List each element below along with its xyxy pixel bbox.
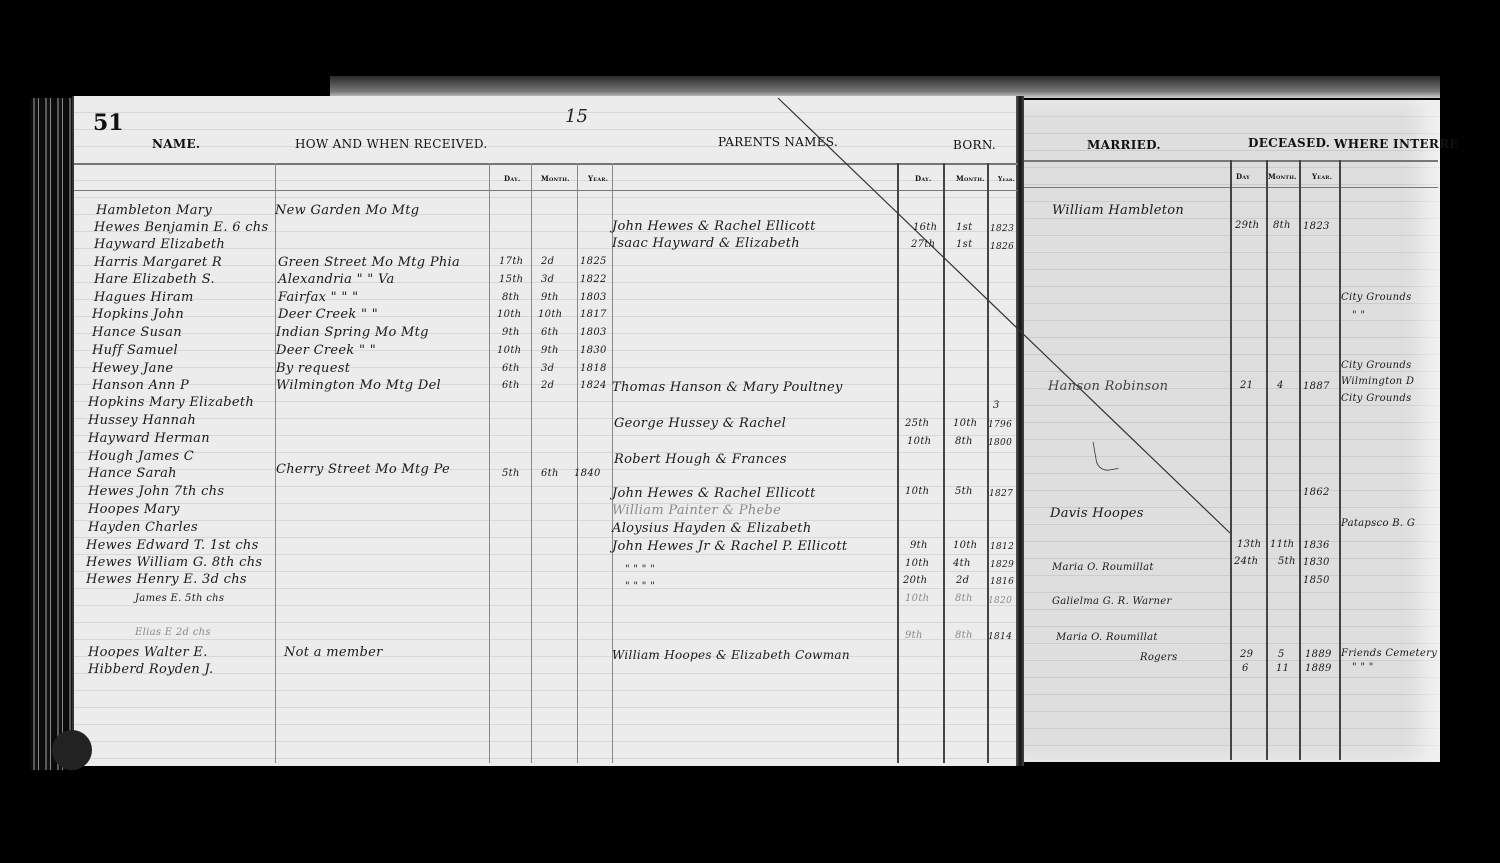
entry-interred: " " xyxy=(1352,310,1365,321)
received-day: 17th xyxy=(499,256,523,267)
col-divider-bday xyxy=(943,163,945,763)
entry-name: Hance Sarah xyxy=(88,466,177,481)
born-year: 1820 xyxy=(988,596,1012,606)
received-day: 5th xyxy=(502,468,520,479)
deceased-year: 1862 xyxy=(1303,487,1330,498)
deceased-month: 8th xyxy=(1273,220,1291,231)
entry-name: Hanson Ann P xyxy=(92,378,189,393)
header-parents-names: PARENTS NAMES. xyxy=(718,135,838,149)
entry-received: Green Street Mo Mtg Phia xyxy=(278,255,460,270)
received-year: 1803 xyxy=(580,327,607,338)
received-year: 1824 xyxy=(580,380,607,391)
entry-name: Hough James C xyxy=(88,449,194,464)
entry-received: Not a member xyxy=(284,645,383,660)
entry-received: Indian Spring Mo Mtg xyxy=(276,325,429,340)
deceased-year: 1889 xyxy=(1305,649,1332,660)
page-corner-shadow xyxy=(52,730,92,770)
page-edges xyxy=(30,98,75,770)
received-day: 10th xyxy=(497,309,521,320)
born-day: 9th xyxy=(905,630,923,641)
received-month-header: Month. xyxy=(541,174,570,183)
entry-parents: William Hoopes & Elizabeth Cowman xyxy=(612,648,850,662)
born-year: 1826 xyxy=(990,242,1014,252)
deceased-day: 24th xyxy=(1234,556,1258,567)
entry-married: Davis Hoopes xyxy=(1050,506,1144,521)
deceased-month-header: Month. xyxy=(1268,172,1297,181)
entry-received: By request xyxy=(276,361,350,376)
born-month: 8th xyxy=(955,436,973,447)
header-born: BORN. xyxy=(953,138,996,152)
entry-received: Fairfax " " " xyxy=(278,290,358,305)
entry-interred: " " " xyxy=(1352,662,1374,673)
received-year: 1817 xyxy=(580,309,607,320)
born-month: 10th xyxy=(953,418,977,429)
deceased-day: 13th xyxy=(1237,539,1261,550)
entry-parents: Thomas Hanson & Mary Poultney xyxy=(612,380,843,395)
header-deceased: DECEASED. xyxy=(1248,136,1330,150)
born-day: 10th xyxy=(905,486,929,497)
book-top-shadow xyxy=(330,76,1440,98)
born-year: 1800 xyxy=(988,438,1012,448)
born-year: 3 xyxy=(993,400,1000,411)
entry-interred: City Grounds xyxy=(1341,292,1412,303)
born-year: 1823 xyxy=(990,224,1014,234)
entry-parents: " " " " xyxy=(625,564,655,575)
entry-received: Wilmington Mo Mtg Del xyxy=(276,378,441,393)
born-day: 9th xyxy=(910,540,928,551)
entry-name: Hussey Hannah xyxy=(88,413,196,428)
received-day: 15th xyxy=(499,274,523,285)
book-gutter xyxy=(1016,96,1024,766)
received-year: 1830 xyxy=(580,345,607,356)
born-day: 20th xyxy=(903,575,927,586)
deceased-year: 1830 xyxy=(1303,557,1330,568)
born-month: 1st xyxy=(956,222,972,233)
entry-received: New Garden Mo Mtg xyxy=(275,203,419,218)
col-divider-rmonth xyxy=(577,163,578,763)
deceased-month: 11th xyxy=(1270,539,1294,550)
born-month: 8th xyxy=(955,593,973,604)
born-day: 25th xyxy=(905,418,929,429)
deceased-month: 5 xyxy=(1278,649,1285,660)
entry-parents: Aloysius Hayden & Elizabeth xyxy=(612,521,812,536)
header-how-when-received: HOW AND WHEN RECEIVED. xyxy=(295,137,487,151)
col-divider-bmonth xyxy=(987,163,989,763)
entry-interred: City Grounds xyxy=(1341,393,1412,404)
entry-name: Harris Margaret R xyxy=(94,255,222,270)
col-divider-dmonth xyxy=(1299,160,1301,760)
entry-married: Rogers xyxy=(1140,652,1178,663)
entry-received: Deer Creek " " xyxy=(278,307,378,322)
deceased-month: 4 xyxy=(1277,380,1284,391)
entry-married: Maria O. Roumillat xyxy=(1056,632,1158,643)
entry-name: Huff Samuel xyxy=(92,343,178,358)
received-month: 6th xyxy=(541,468,559,479)
born-month-header: Month. xyxy=(956,174,985,183)
col-divider-parents xyxy=(897,163,899,763)
entry-married: William Hambleton xyxy=(1052,203,1184,218)
col-divider-rday xyxy=(531,163,532,763)
entry-name: Hayward Herman xyxy=(88,431,210,446)
born-year: 1827 xyxy=(989,489,1013,499)
entry-parents: " " " " xyxy=(625,581,655,592)
received-day-header: Day. xyxy=(504,174,521,183)
received-year: 1825 xyxy=(580,256,607,267)
deceased-month: 5th xyxy=(1278,556,1296,567)
received-month: 9th xyxy=(541,345,559,356)
entry-received: Alexandria " " Va xyxy=(278,272,395,287)
deceased-day: 21 xyxy=(1240,380,1253,391)
entry-name: Hoopes Walter E. xyxy=(88,645,208,660)
entry-name: Hance Susan xyxy=(92,325,182,340)
entry-married: Galielma G. R. Warner xyxy=(1052,596,1172,607)
entry-name: Hopkins John xyxy=(92,307,184,322)
col-divider-married xyxy=(1230,160,1232,760)
born-day: 10th xyxy=(905,558,929,569)
entry-parents: John Hewes Jr & Rachel P. Ellicott xyxy=(612,539,847,554)
entry-parents: John Hewes & Rachel Ellicott xyxy=(612,219,816,234)
deceased-day: 29 xyxy=(1240,649,1253,660)
received-year: 1840 xyxy=(574,468,601,479)
left-page xyxy=(72,96,1022,766)
col-divider-ryear xyxy=(612,163,613,763)
entry-name: Hoopes Mary xyxy=(88,502,180,517)
received-year: 1822 xyxy=(580,274,607,285)
deceased-year: 1887 xyxy=(1303,381,1330,392)
received-day: 6th xyxy=(502,380,520,391)
deceased-day: 6 xyxy=(1242,663,1249,674)
born-day: 27th xyxy=(911,239,935,250)
deceased-month: 11 xyxy=(1276,663,1289,674)
born-day: 10th xyxy=(905,593,929,604)
page-number: 51 xyxy=(93,110,124,136)
entry-interred: Patapsco B. G xyxy=(1341,518,1415,529)
entry-parents: John Hewes & Rachel Ellicott xyxy=(612,486,816,501)
born-month: 1st xyxy=(956,239,972,250)
col-divider-received xyxy=(489,163,490,763)
born-year: 1816 xyxy=(990,577,1014,587)
born-month: 8th xyxy=(955,630,973,641)
entry-name: Hewes Henry E. 3d chs xyxy=(86,572,247,587)
received-month: 10th xyxy=(538,309,562,320)
deceased-day: 29th xyxy=(1235,220,1259,231)
received-year: 1818 xyxy=(580,363,607,374)
born-year: 1814 xyxy=(988,632,1012,642)
deceased-year: 1889 xyxy=(1305,663,1332,674)
received-month: 3d xyxy=(541,363,554,374)
born-month: 10th xyxy=(953,540,977,551)
born-year-header: Year. xyxy=(998,176,1015,183)
entry-name: Hewes Benjamin E. 6 chs xyxy=(94,220,268,235)
born-day-header: Day. xyxy=(915,174,932,183)
born-month: 5th xyxy=(955,486,973,497)
header-where-interred: WHERE INTERRE xyxy=(1334,137,1459,151)
entry-interred: City Grounds xyxy=(1341,360,1412,371)
received-day: 6th xyxy=(502,363,520,374)
deceased-year: 1823 xyxy=(1303,221,1330,232)
born-month: 4th xyxy=(953,558,971,569)
col-divider-dday xyxy=(1266,160,1268,760)
entry-received: Cherry Street Mo Mtg Pe xyxy=(276,462,450,477)
born-year: 1829 xyxy=(990,560,1014,570)
received-day: 10th xyxy=(497,345,521,356)
born-year: 1812 xyxy=(990,542,1014,552)
born-day: 10th xyxy=(907,436,931,447)
entry-interred: Friends Cemetery xyxy=(1341,648,1437,659)
header-married: MARRIED. xyxy=(1087,138,1161,152)
received-month: 2d xyxy=(541,380,554,391)
received-day: 8th xyxy=(502,292,520,303)
entry-name: Hewey Jane xyxy=(92,361,173,376)
pencil-page-number: 15 xyxy=(565,106,588,127)
entry-parents: Robert Hough & Frances xyxy=(614,452,787,467)
entry-name: Hambleton Mary xyxy=(96,203,212,218)
entry-parents: George Hussey & Rachel xyxy=(614,416,786,431)
born-month: 2d xyxy=(956,575,969,586)
entry-name: Hayward Elizabeth xyxy=(94,237,225,252)
entry-married: Hanson Robinson xyxy=(1048,379,1168,394)
received-year: 1803 xyxy=(580,292,607,303)
received-month: 3d xyxy=(541,274,554,285)
deceased-year: 1850 xyxy=(1303,575,1330,586)
entry-name: Hare Elizabeth S. xyxy=(94,272,215,287)
received-month: 9th xyxy=(541,292,559,303)
entry-received: Deer Creek " " xyxy=(276,343,376,358)
entry-name: Hewes Edward T. 1st chs xyxy=(86,538,259,553)
entry-name: Hayden Charles xyxy=(88,520,198,535)
deceased-year-header: Year. xyxy=(1312,172,1332,181)
entry-parents: Isaac Hayward & Elizabeth xyxy=(612,236,800,251)
entry-name: Hopkins Mary Elizabeth xyxy=(88,395,254,410)
entry-name: Hibberd Royden J. xyxy=(88,662,213,677)
born-year: 1796 xyxy=(988,420,1012,430)
col-divider-dyear xyxy=(1339,160,1341,760)
entry-name: Hagues Hiram xyxy=(94,290,194,305)
entry-name: Elias E 2d chs xyxy=(135,627,211,638)
header-rule xyxy=(74,163,1018,165)
deceased-year: 1836 xyxy=(1303,540,1330,551)
entry-interred: Wilmington D xyxy=(1341,376,1414,387)
entry-name: Hewes William G. 8th chs xyxy=(86,555,262,570)
entry-name: James E. 5th chs xyxy=(135,593,224,604)
entry-parents: William Painter & Phebe xyxy=(612,503,781,518)
deceased-day-header: Day xyxy=(1236,172,1250,181)
received-month: 2d xyxy=(541,256,554,267)
received-day: 9th xyxy=(502,327,520,338)
entry-married: Maria O. Roumillat xyxy=(1052,562,1154,573)
born-day: 16th xyxy=(913,222,937,233)
entry-name: Hewes John 7th chs xyxy=(88,484,224,499)
received-year-header: Year. xyxy=(588,174,608,183)
header-name: NAME. xyxy=(152,137,200,151)
received-month: 6th xyxy=(541,327,559,338)
subheader-rule xyxy=(74,190,1018,191)
